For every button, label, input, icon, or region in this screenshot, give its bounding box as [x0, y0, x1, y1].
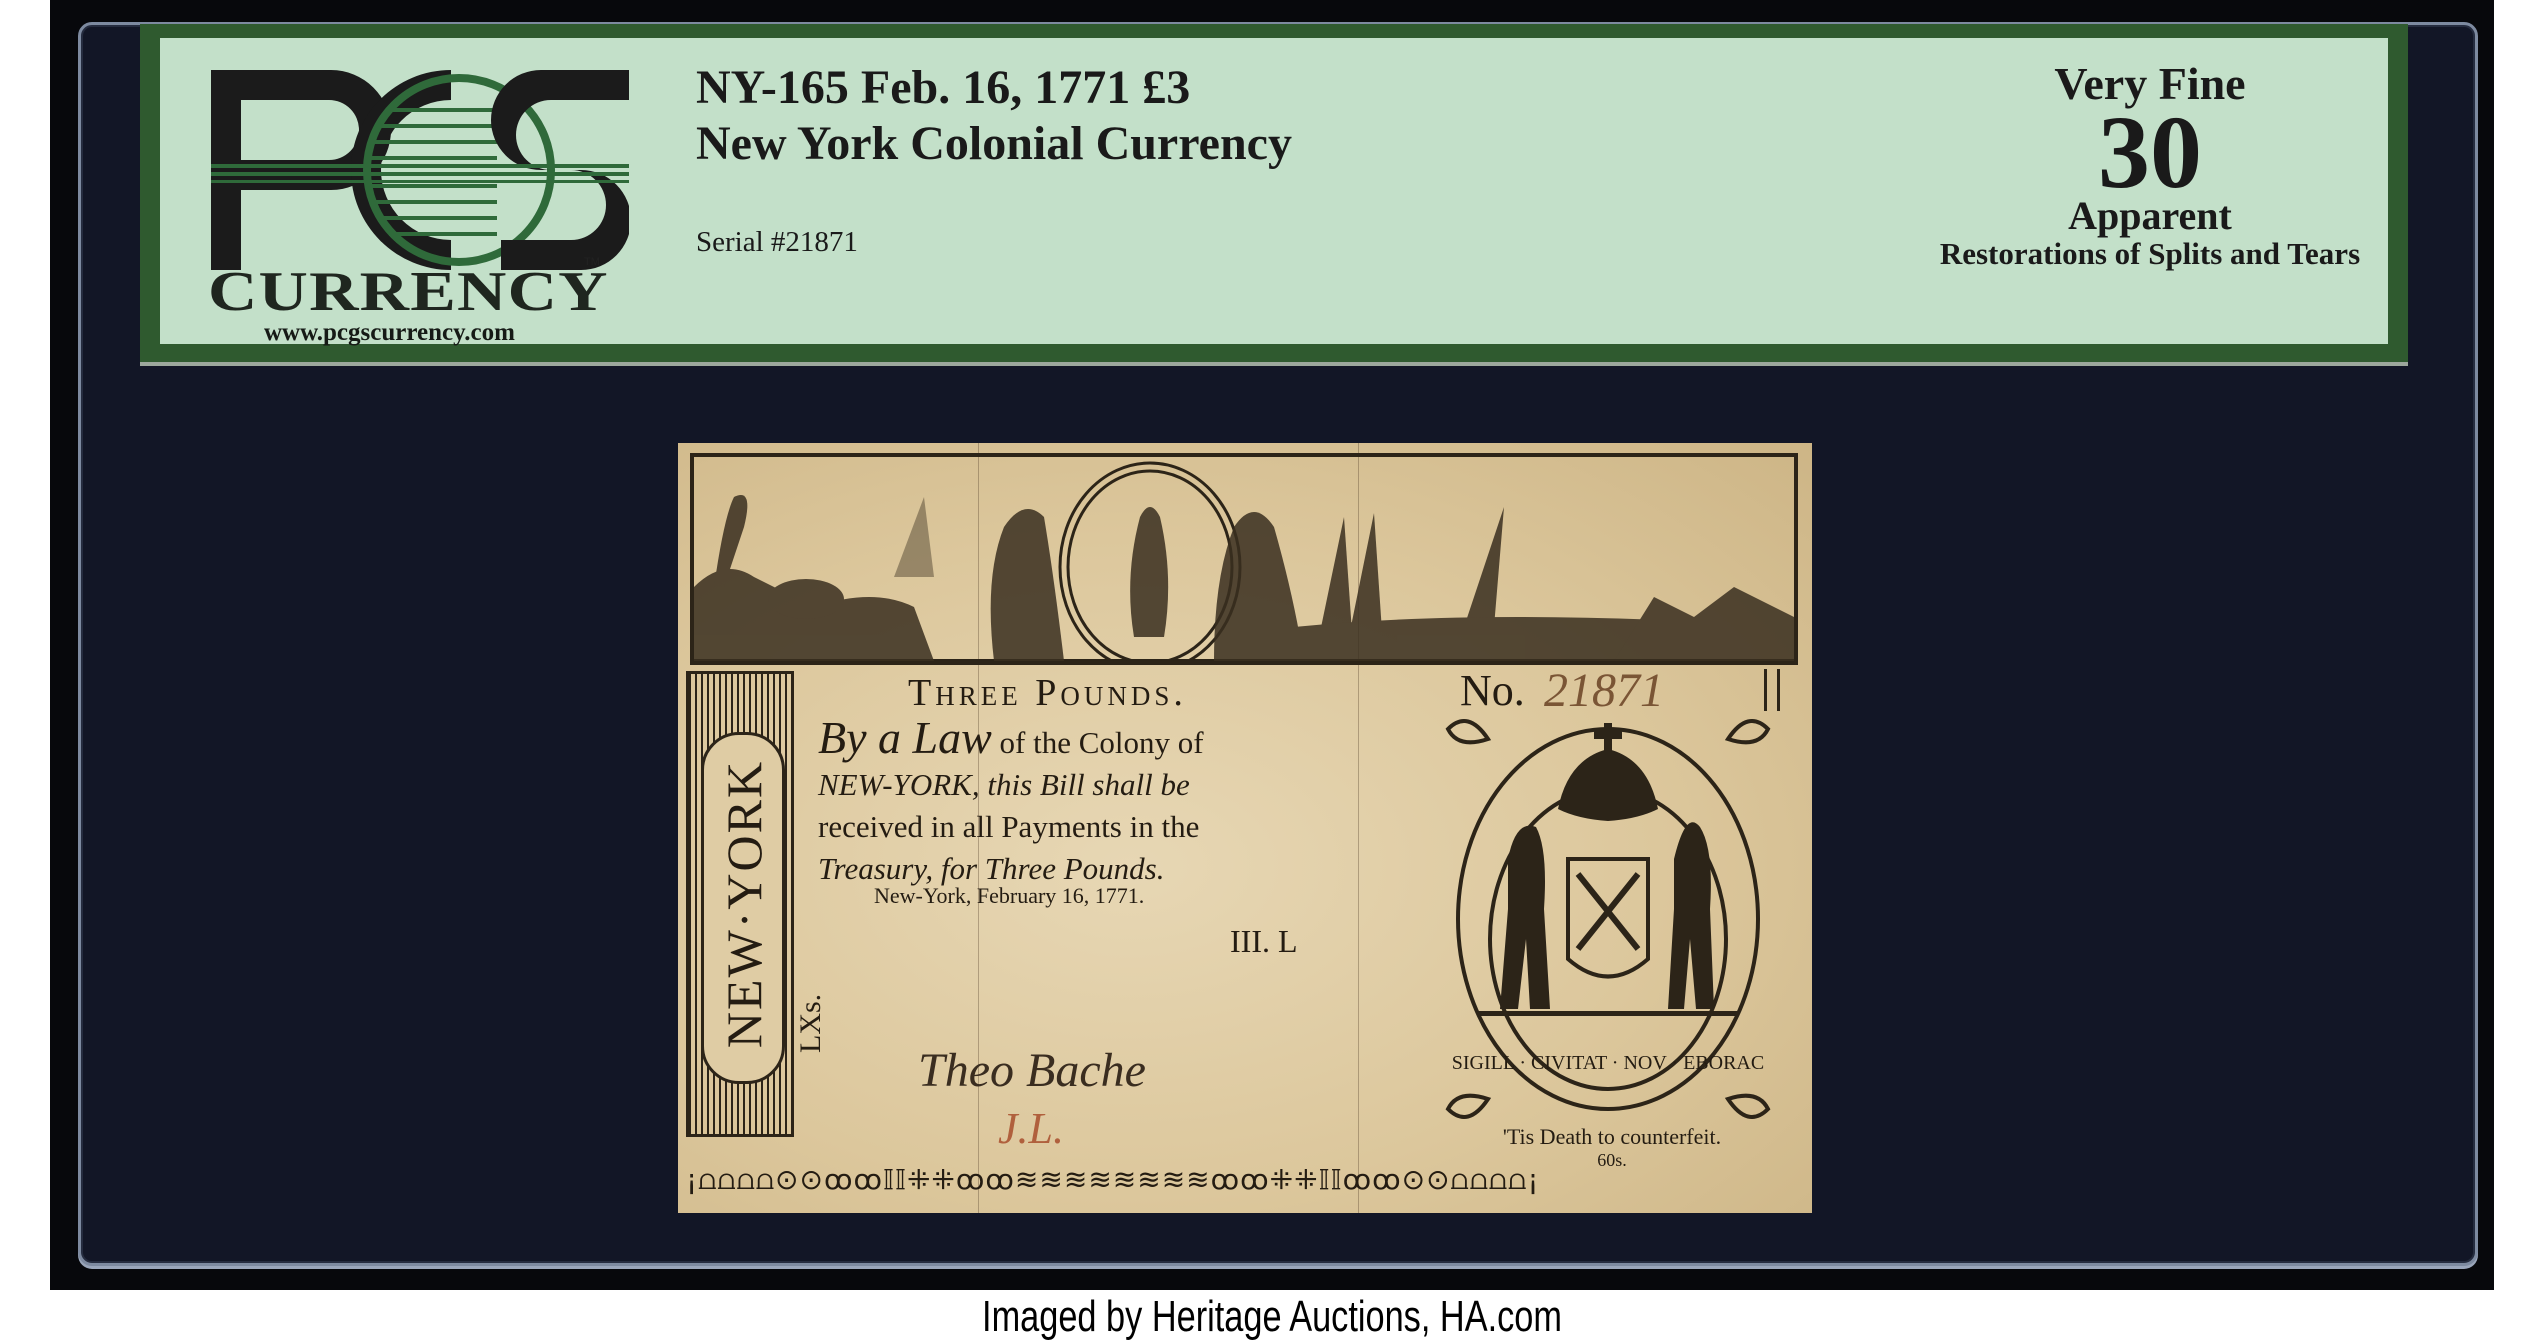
allegorical-vignette-icon [694, 457, 1794, 661]
grading-label: TM CURRENCY www.pcgscurrency.com NY-165 … [140, 24, 2408, 366]
border-ornament-row: ¡⩍⩍⩍⩍⊙⊙ꝏꝏ𝕀𝕀⁜⁜ꝏꝏ≋≋≋≋≋≋≋≋ꝏꝏ⁜⁜𝕀𝕀ꝏꝏ⊙⊙⩍⩍⩍⩍¡ [686, 1163, 1804, 1197]
counterfeit-warning: 'Tis Death to counterfeit. [1452, 1124, 1772, 1150]
denomination-roman: III. L [1230, 923, 1298, 960]
issue-date: New-York, February 16, 1771. [874, 883, 1144, 909]
grade-comment: Restorations of Splits and Tears [1900, 236, 2400, 272]
grade-number: 30 [1900, 110, 2400, 196]
grade-qualifier: Apparent [1900, 196, 2400, 236]
signature-primary: Theo Bache [918, 1043, 1146, 1098]
side-panel-text: NEW·YORK [715, 760, 773, 1048]
new-york-side-panel: NEW·YORK [686, 671, 794, 1137]
pcgs-logo-icon [211, 70, 629, 270]
svg-text:SIGILL · CIVITAT · NOV · EBORA: SIGILL · CIVITAT · NOV · EBORAC [1452, 1052, 1764, 1074]
catalog-title: NY-165 Feb. 16, 1771 £3 [696, 60, 1190, 115]
label-panel: TM CURRENCY www.pcgscurrency.com NY-165 … [160, 38, 2388, 344]
logo-subtitle: CURRENCY [208, 260, 609, 324]
grade-block: Very Fine 30 Apparent Restorations of Sp… [1900, 58, 2400, 272]
logo-url: www.pcgscurrency.com [264, 319, 515, 347]
note-body-text: By a Law of the Colony of NEW-YORK, this… [818, 717, 1338, 890]
signature-secondary: J.L. [998, 1103, 1064, 1154]
side-value: LXs. [794, 994, 828, 1053]
city-seal-icon: SIGILL · CIVITAT · NOV · EBORAC [1438, 709, 1778, 1129]
image-credit: Imaged by Heritage Auctions, HA.com [280, 1292, 2264, 1342]
double-bar-ornament [1764, 669, 1780, 711]
body-lead: By a Law [818, 712, 992, 763]
banknote: NEW·YORK Three Pounds. No. 21871 By a La… [678, 443, 1812, 1213]
denomination-heading: Three Pounds. [908, 671, 1187, 715]
series-title: New York Colonial Currency [696, 116, 1292, 171]
serial-number: Serial #21871 [696, 226, 858, 259]
